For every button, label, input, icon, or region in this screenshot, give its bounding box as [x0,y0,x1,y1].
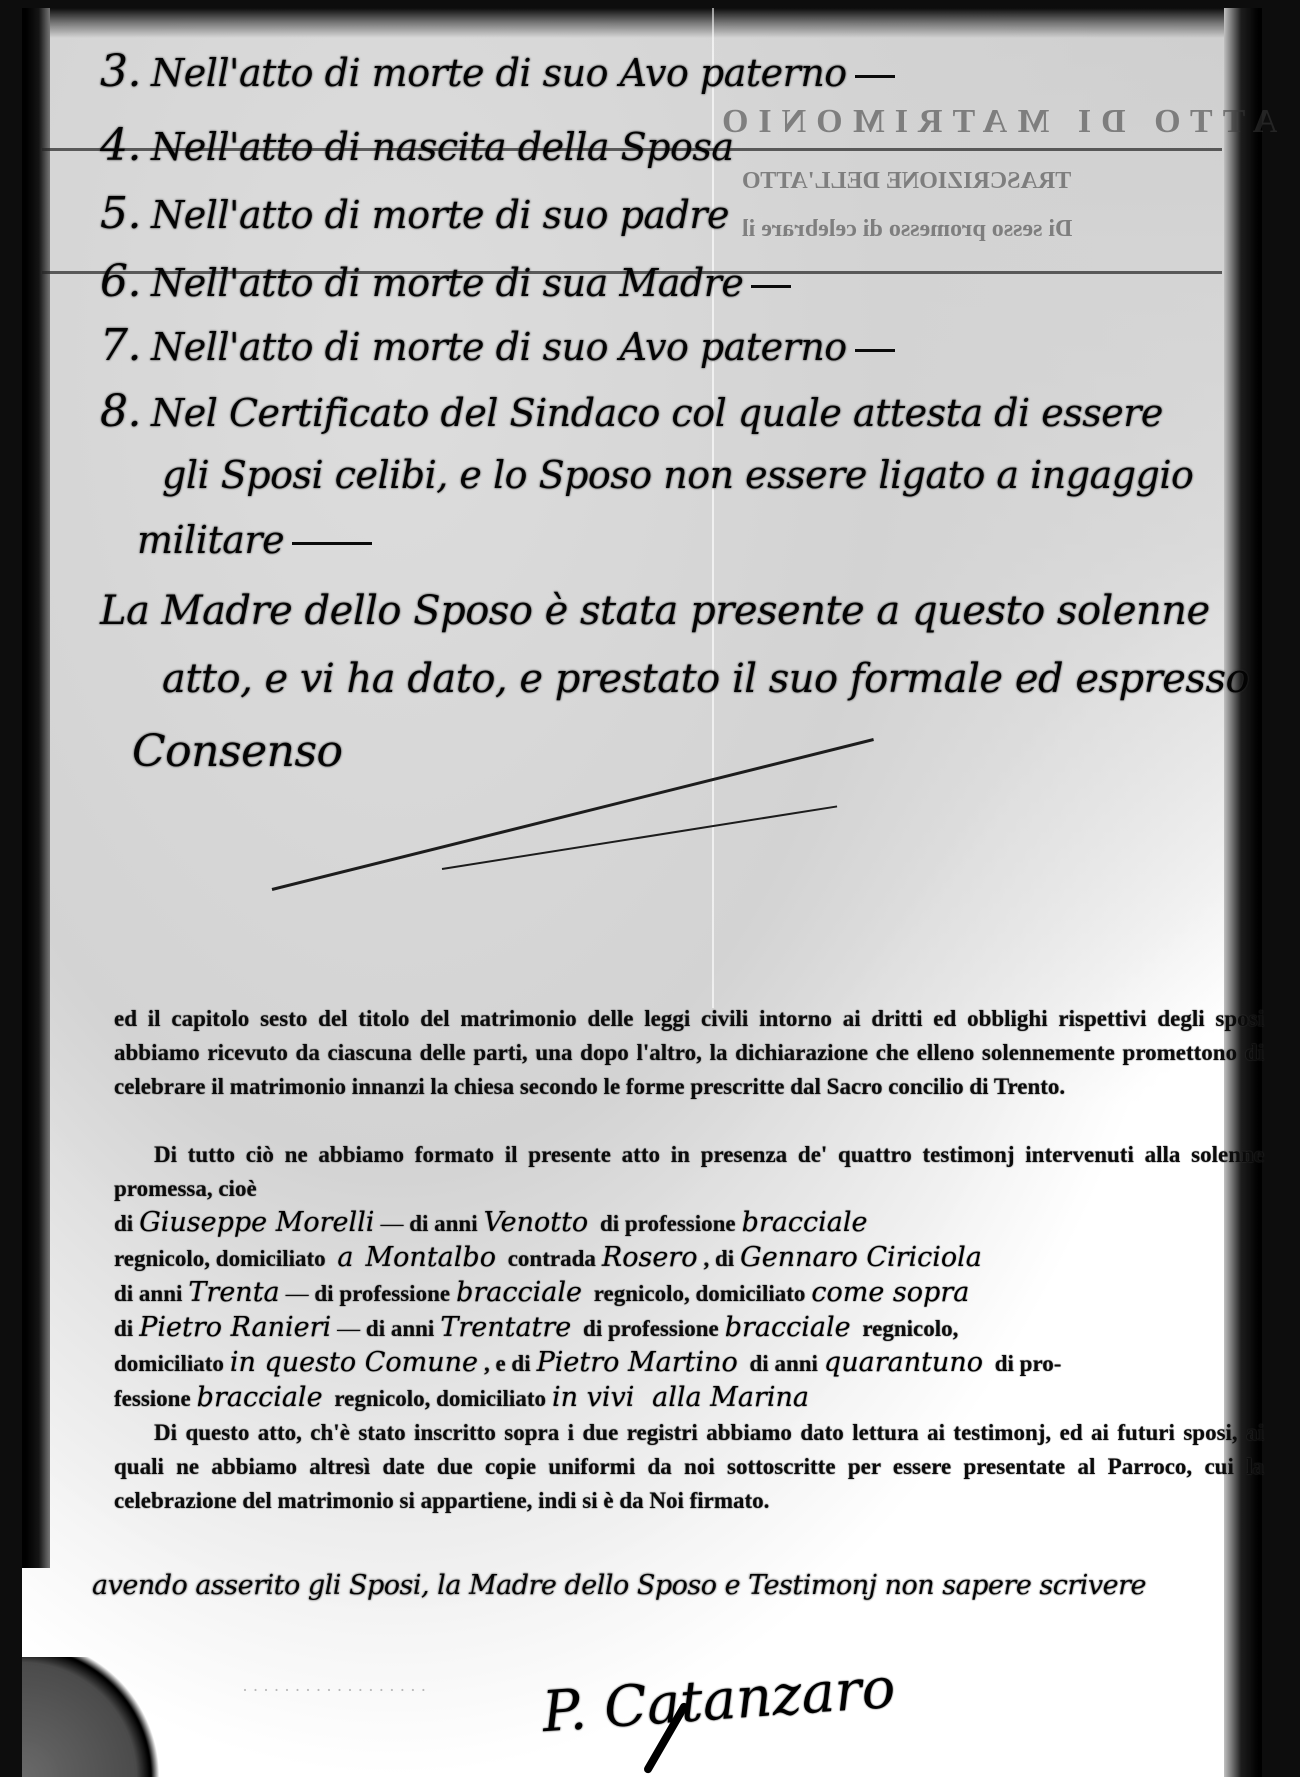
bleedthrough-title: ATTO DI MATRIMONIO [712,103,1277,141]
torn-corner [22,1657,192,1777]
handwritten-item-7: 7.Nell'atto di morte di suo Avo paterno [100,320,895,371]
witness-3-name: Pietro Ranieri [133,1312,337,1343]
handwritten-item-4: 4.Nell'atto di nascita della Sposa [100,120,734,171]
binding-left-edge [22,8,50,1568]
handwritten-continuation-1: gli Sposi celibi, e lo Sposo non essere … [162,453,1193,497]
witness-4-residence: in vivi [546,1382,640,1413]
witness-3-age: Trentatre [434,1312,577,1343]
handwritten-item-8: 8.Nel Certificato del Sindaco col quale … [100,386,1163,437]
scan-top-shadow [22,8,1262,38]
witness-1-name: Giuseppe Morelli [133,1207,380,1238]
handwritten-note-line-2: atto, e vi ha dato, e prestato il suo fo… [162,656,1249,702]
witness-1-profession: bracciale [736,1207,874,1238]
handwritten-continuation-2: militare [137,518,372,562]
witness-3-residence: in questo Comune [224,1347,484,1378]
witness-4-profession: bracciale [191,1382,329,1413]
document-page: ATTO DI MATRIMONIO TRASCRIZIONE DELL'ATT… [22,8,1262,1777]
signature: P. Catanzaro [540,1656,897,1746]
witness-2-name: Gennaro Ciriciola [734,1242,988,1273]
handwritten-item-5: 5.Nell'atto di morte di suo padre [100,188,729,239]
printed-paragraph-1: ed il capitolo sesto del titolo del matr… [114,1002,1264,1104]
witness-4-age: quarantuno [818,1347,989,1378]
handwritten-item-3: 3.Nell'atto di morte di suo Avo paterno [100,46,895,97]
printed-paragraph-3: Di questo atto, ch'è stato inscritto sop… [114,1416,1264,1518]
handwritten-item-6: 6.Nell'atto di morte di sua Madre [100,256,791,307]
witnesses-intro: Di tutto ciò ne abbiamo formato il prese… [114,1138,1264,1206]
witness-2-age: Trenta [182,1277,285,1308]
witness-line-3: di anniTrenta— di professionebracciale r… [114,1276,1264,1311]
witness-line-4: diPietro Ranieri— di anniTrentatre di pr… [114,1311,1264,1346]
bleedthrough-footer: · · · · · · · · · · · · · · · · · · [242,1680,426,1701]
witness-1-age: Venotto [478,1207,595,1238]
witness-line-2: regnicolo, domiciliato aMontalbo contrad… [114,1241,1264,1276]
witness-4-name: Pietro Martino [531,1347,744,1378]
bleedthrough-subtitle: TRASCRIZIONE DELL'ATTO [742,168,1071,195]
witness-line-6: fessionebracciale regnicolo, domiciliato… [114,1381,1264,1416]
cancel-stroke [442,805,837,870]
witness-1-residence: Montalbo [360,1242,502,1273]
handwritten-final-note: avendo asserito gli Sposi, la Madre dell… [92,1570,1146,1601]
witness-2-profession: bracciale [450,1277,588,1308]
witness-2-residence: come sopra [805,1277,975,1308]
witness-3-profession: bracciale [719,1312,857,1343]
handwritten-note-line-1: La Madre dello Sposo è stata presente a … [100,588,1210,634]
bleedthrough-subtitle-2: Di sesso promesso di celebrare il [742,216,1072,243]
handwritten-note-line-3: Consenso [132,726,343,777]
witness-line-5: domiciliatoin questo Comune, e diPietro … [114,1346,1264,1381]
witness-line-1: diGiuseppe Morelli— di anniVenotto di pr… [114,1206,1264,1241]
printed-witnesses-section: Di tutto ciò ne abbiamo formato il prese… [114,1138,1264,1518]
witness-1-contrada: Rosero [596,1242,704,1273]
